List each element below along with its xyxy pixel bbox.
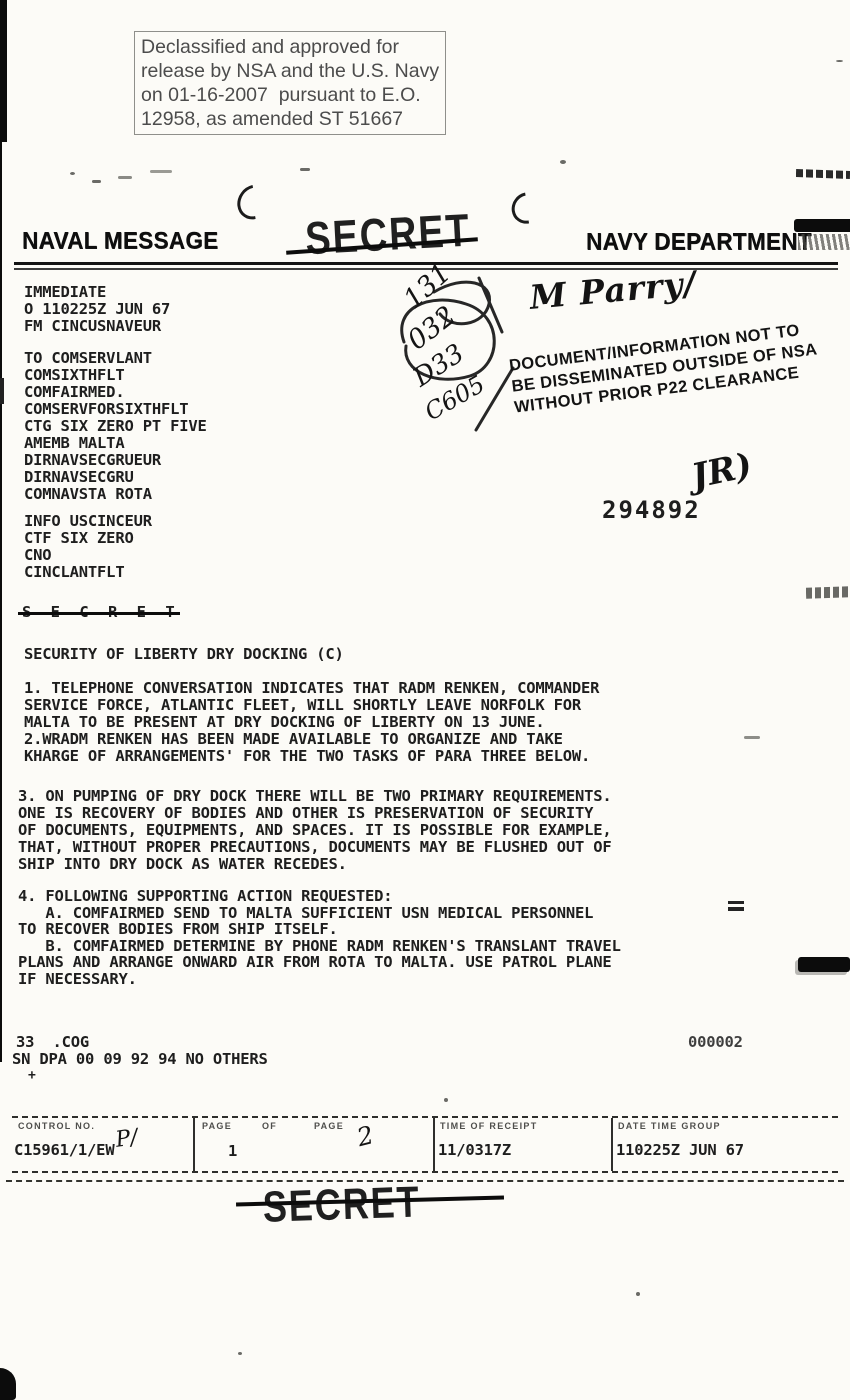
staple-mark — [231, 178, 278, 226]
body-paragraph-3: 3. ON PUMPING OF DRY DOCK THERE WILL BE … — [18, 788, 612, 873]
smudge-dot — [70, 172, 75, 175]
smudge-dot — [238, 1352, 242, 1355]
document-title-left: NAVAL MESSAGE — [22, 227, 218, 255]
table-border-top — [12, 1116, 838, 1118]
staple-mark — [506, 186, 549, 229]
footer-code-plus: + — [28, 1067, 36, 1084]
smudge-dot — [150, 170, 172, 173]
smudge-dot — [444, 1098, 448, 1102]
table-divider — [433, 1118, 435, 1171]
edge-artifact — [728, 901, 744, 911]
time-of-receipt-value: 11/0317Z — [438, 1142, 511, 1159]
edge-artifact — [798, 957, 850, 972]
left-edge-line — [0, 0, 2, 1062]
info-address-block: INFO USCINCEUR CTF SIX ZERO CNO CINCLANT… — [24, 513, 152, 581]
footer-code-line2: SN DPA 00 09 92 94 NO OTHERS — [12, 1051, 268, 1068]
control-no-label: CONTROL NO. — [18, 1121, 95, 1131]
table-divider — [611, 1118, 613, 1171]
corner-blob — [0, 1368, 16, 1400]
secret-stamp-top: SECRET — [304, 205, 472, 265]
of-label: OF — [262, 1121, 277, 1131]
smudge-dot — [118, 176, 132, 179]
date-time-group-label: DATE TIME GROUP — [618, 1121, 721, 1131]
document-title-right: NAVY DEPARTMENT — [586, 228, 812, 256]
handwritten-control-suffix: P/ — [114, 1125, 139, 1153]
received-number: 294892 — [602, 502, 701, 519]
smudge-dot — [300, 168, 310, 171]
handwritten-initials: JR) — [688, 445, 755, 497]
smudge-dot — [560, 160, 566, 164]
table-divider — [193, 1118, 195, 1171]
body-paragraph-4: 4. FOLLOWING SUPPORTING ACTION REQUESTED… — [18, 888, 621, 987]
subject-line: SECURITY OF LIBERTY DRY DOCKING (C) — [24, 646, 344, 663]
left-edge-tick — [0, 378, 4, 404]
handwritten-page-count: 2 — [354, 1120, 376, 1152]
edge-artifact — [796, 169, 850, 179]
page-label: PAGE — [202, 1121, 232, 1131]
smudge-dot — [744, 736, 760, 739]
date-time-group-value: 110225Z JUN 67 — [616, 1142, 744, 1159]
edge-artifact — [798, 234, 850, 250]
smudge-dot — [92, 180, 101, 183]
edge-artifact — [794, 219, 850, 232]
header-rule-thick — [14, 262, 838, 265]
time-of-receipt-label: TIME OF RECEIPT — [440, 1121, 538, 1131]
declassification-stamp: Declassified and approved for release by… — [134, 31, 446, 135]
secret-stamp-bottom: SECRET — [262, 1178, 421, 1233]
page-label-2: PAGE — [314, 1121, 344, 1131]
table-border-bottom2 — [6, 1180, 844, 1182]
footer-code-left: 33 .COG — [16, 1034, 89, 1051]
page-value: 1 — [228, 1143, 237, 1160]
footer-code-right: 000002 — [688, 1034, 743, 1051]
classification-strike — [18, 612, 180, 615]
smudge-dot — [636, 1292, 640, 1296]
left-edge-bar — [0, 0, 7, 142]
table-border-bottom — [12, 1171, 838, 1173]
smudge-dot — [836, 60, 843, 62]
precedence-block: IMMEDIATE O 110225Z JUN 67 FM CINCUSNAVE… — [24, 284, 170, 335]
control-no-value: C15961/1/EW — [14, 1142, 114, 1159]
to-address-block: TO COMSERVLANT COMSIXTHFLT COMFAIRMED. C… — [24, 350, 207, 503]
naval-message-document: Declassified and approved for release by… — [0, 0, 850, 1400]
body-paragraphs-1-2: 1. TELEPHONE CONVERSATION INDICATES THAT… — [24, 680, 599, 765]
edge-artifact — [806, 586, 850, 599]
